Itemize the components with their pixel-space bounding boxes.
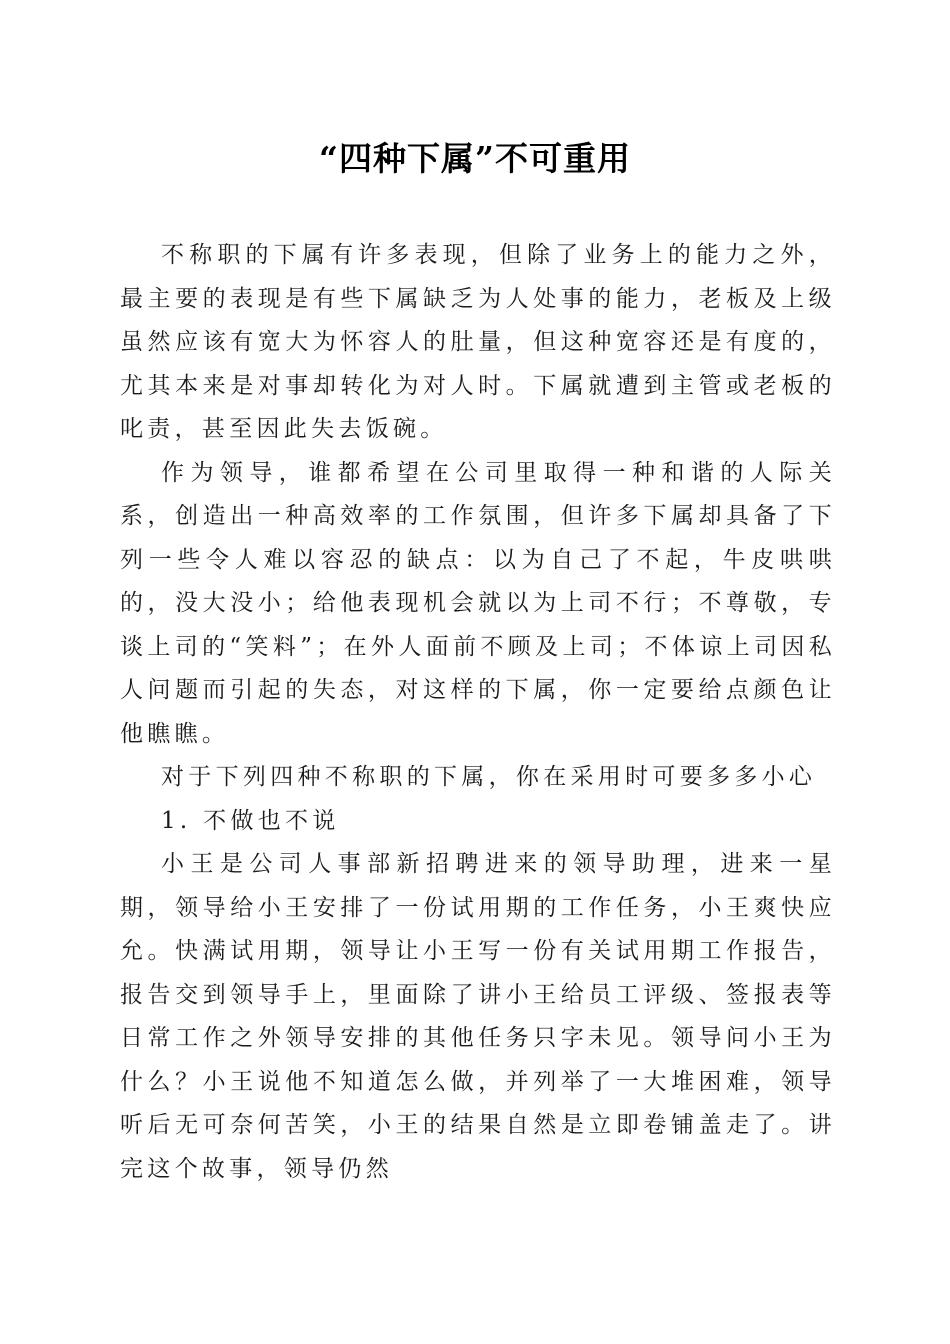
section-heading-1: 1. 不做也不说 bbox=[120, 800, 836, 844]
paragraph-intro: 不称职的下属有许多表现，但除了业务上的能力之外，最主要的表现是有些下属缺乏为人处… bbox=[120, 234, 836, 452]
paragraph-xiaowang-story: 小王是公司人事部新招聘进来的领导助理，进来一星期，领导给小王安排了一份试用期的工… bbox=[120, 843, 836, 1191]
document-page: “四种下属”不可重用 不称职的下属有许多表现，但除了业务上的能力之外，最主要的表… bbox=[0, 0, 950, 1344]
document-body: 不称职的下属有许多表现，但除了业务上的能力之外，最主要的表现是有些下属缺乏为人处… bbox=[120, 234, 836, 1191]
document-title: “四种下属”不可重用 bbox=[0, 136, 950, 182]
paragraph-leader-expectations: 作为领导，谁都希望在公司里取得一种和谐的人际关系，创造出一种高效率的工作氛围，但… bbox=[120, 452, 836, 757]
paragraph-four-types-lead: 对于下列四种不称职的下属，你在采用时可要多多小心 bbox=[120, 756, 836, 800]
